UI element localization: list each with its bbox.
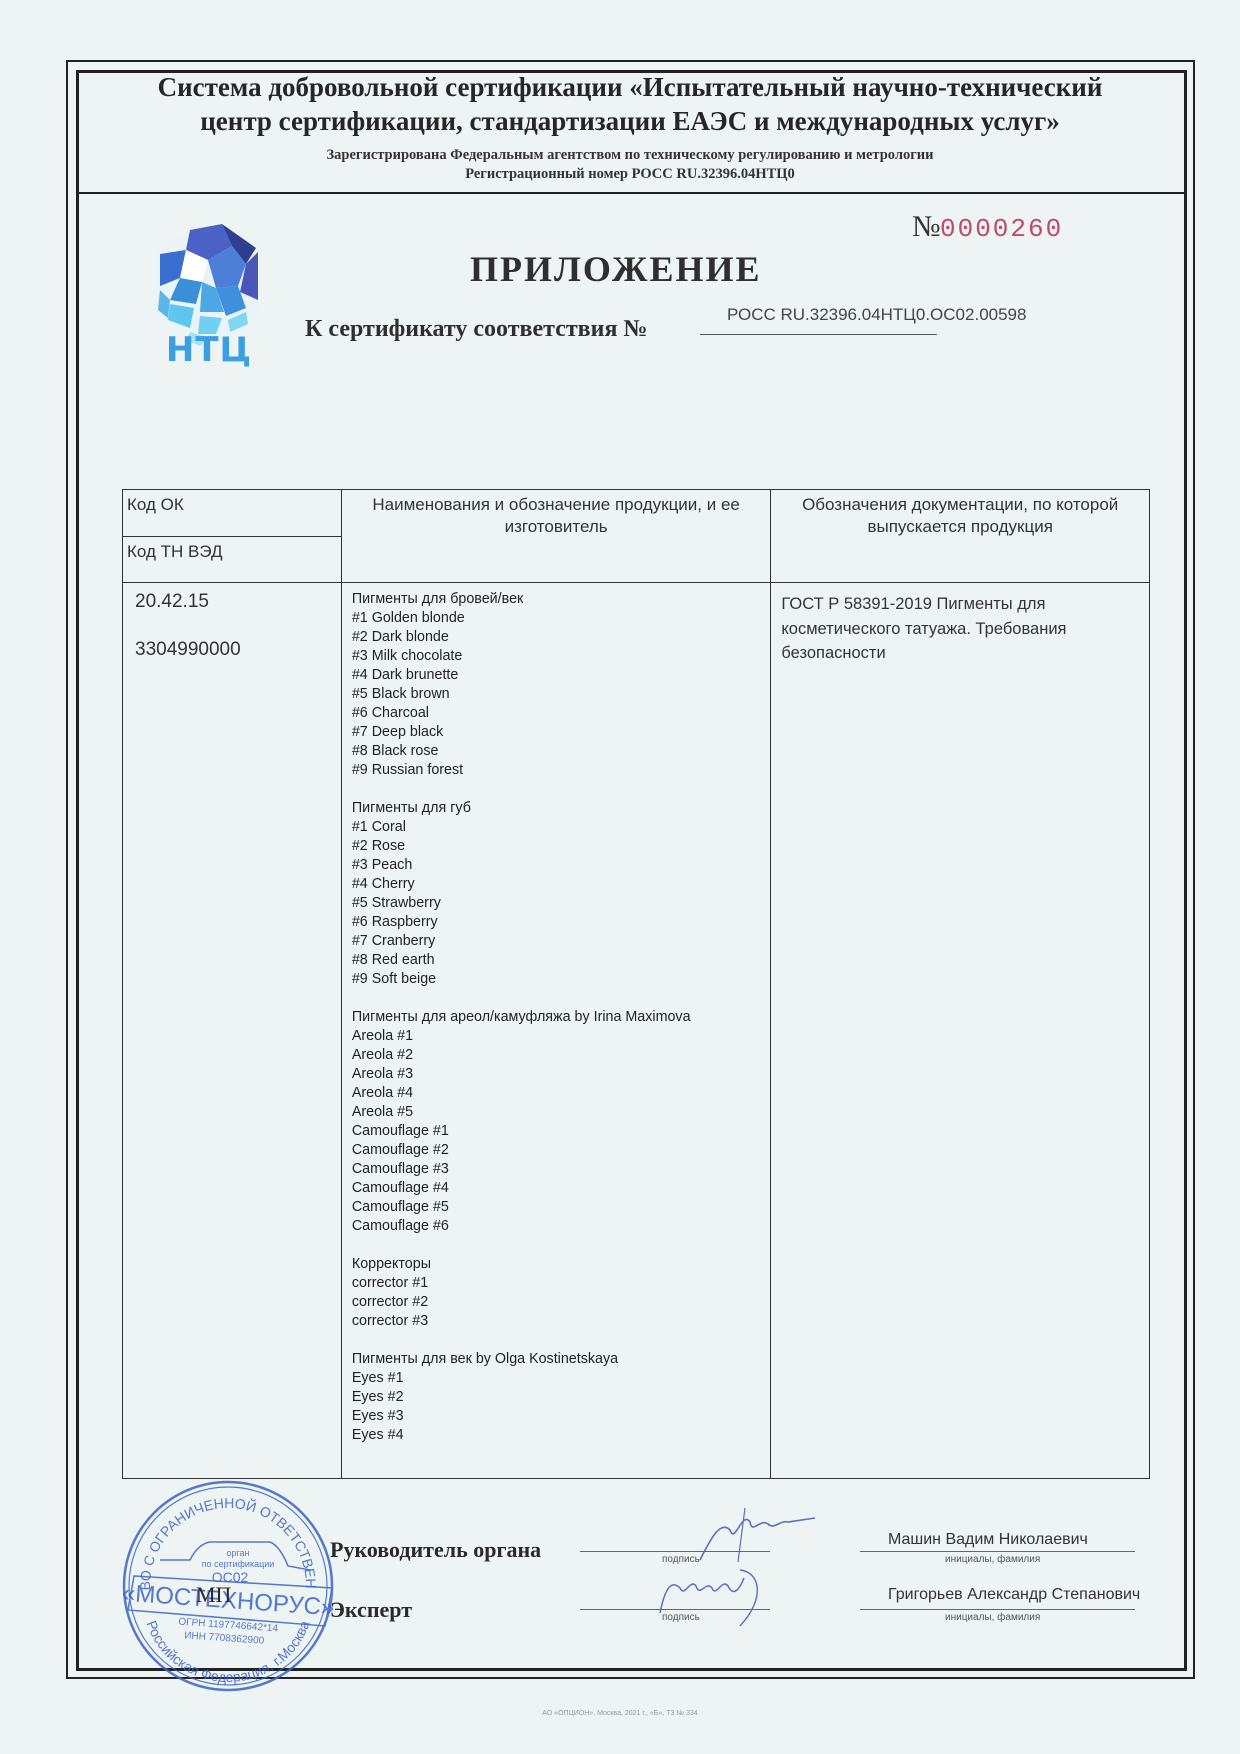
certificate-number: РОСС RU.32396.04НТЦ0.ОС02.00598 <box>727 305 1026 325</box>
list-item: #2 Rose <box>352 837 761 856</box>
product-group: Пигменты для век by Olga KostinetskayaEy… <box>352 1350 761 1445</box>
list-item: #9 Soft beige <box>352 970 761 989</box>
list-item: Camouflage #5 <box>352 1198 761 1217</box>
product-group-title: Пигменты для бровей/век <box>352 590 761 609</box>
product-group-title: Пигменты для век by Olga Kostinetskaya <box>352 1350 761 1369</box>
list-item: #3 Peach <box>352 856 761 875</box>
list-item: Areola #1 <box>352 1027 761 1046</box>
document-title: ПРИЛОЖЕНИЕ <box>470 248 762 290</box>
list-item: corrector #3 <box>352 1312 761 1331</box>
header-product: Наименования и обозначение продукции, и … <box>341 490 771 583</box>
printer-note: АО «ОПЦИОН», Москва, 2021 г., «Б», ТЗ № … <box>500 1710 740 1717</box>
header-divider <box>76 192 1187 194</box>
list-item: Eyes #4 <box>352 1426 761 1445</box>
head-name-line <box>860 1551 1135 1552</box>
product-group: Пигменты для бровей/век#1 Golden blonde#… <box>352 590 761 780</box>
list-item: #1 Coral <box>352 818 761 837</box>
list-item: #7 Cranberry <box>352 932 761 951</box>
list-item: #7 Deep black <box>352 723 761 742</box>
list-item: #4 Cherry <box>352 875 761 894</box>
product-table: Код ОК Наименования и обозначение продук… <box>122 489 1150 1479</box>
list-item: #5 Strawberry <box>352 894 761 913</box>
product-groups: Пигменты для бровей/век#1 Golden blonde#… <box>352 590 761 1445</box>
list-item: Eyes #1 <box>352 1369 761 1388</box>
list-item: #5 Black brown <box>352 685 761 704</box>
product-group: Пигменты для губ#1 Coral#2 Rose#3 Peach#… <box>352 799 761 989</box>
header-documentation: Обозначения документации, по которой вып… <box>771 490 1150 583</box>
header-code-ok: Код ОК <box>123 490 342 537</box>
list-item: Eyes #2 <box>352 1388 761 1407</box>
certificate-label: К сертификату соответствия № <box>305 316 648 343</box>
certificate-underline <box>700 334 937 335</box>
list-item: Camouflage #6 <box>352 1217 761 1236</box>
registered-by: Зарегистрирована Федеральным агентством … <box>80 146 1180 165</box>
product-group: Корректорыcorrector #1corrector #2correc… <box>352 1255 761 1331</box>
registration-number: Регистрационный номер РОСС RU.32396.04НТ… <box>80 165 1180 184</box>
expert-signature-line <box>580 1609 770 1610</box>
list-item: Eyes #3 <box>352 1407 761 1426</box>
list-item: Areola #2 <box>352 1046 761 1065</box>
expert-role-label: Эксперт <box>330 1597 412 1623</box>
head-name: Машин Вадим Николаевич <box>888 1531 1088 1549</box>
system-title-line-2: центр сертификации, стандартизации ЕАЭС … <box>80 104 1180 138</box>
code-tn-ved-value: 3304990000 <box>135 639 329 661</box>
product-list-cell: Пигменты для бровей/век#1 Golden blonde#… <box>341 583 771 1479</box>
expert-signature-icon <box>640 1558 780 1628</box>
head-signature-line <box>580 1551 770 1552</box>
list-item: Camouflage #3 <box>352 1160 761 1179</box>
document-number: 0000260 <box>940 214 1063 244</box>
list-item: Areola #4 <box>352 1084 761 1103</box>
codes-cell: 20.42.15 3304990000 <box>123 583 342 1479</box>
list-item: #8 Red earth <box>352 951 761 970</box>
list-item: Camouflage #1 <box>352 1122 761 1141</box>
list-item: #4 Dark brunette <box>352 666 761 685</box>
list-item: Camouflage #4 <box>352 1179 761 1198</box>
svg-text:МП: МП <box>196 1582 232 1607</box>
expert-name: Григорьев Александр Степанович <box>888 1586 1140 1604</box>
list-item: Areola #5 <box>352 1103 761 1122</box>
list-item: #3 Milk chocolate <box>352 647 761 666</box>
list-item: #6 Charcoal <box>352 704 761 723</box>
list-item: Areola #3 <box>352 1065 761 1084</box>
list-item: #8 Black rose <box>352 742 761 761</box>
list-item: Camouflage #2 <box>352 1141 761 1160</box>
product-group: Пигменты для ареол/камуфляжа by Irina Ma… <box>352 1008 761 1236</box>
table-row: 20.42.15 3304990000 Пигменты для бровей/… <box>123 583 1150 1479</box>
product-group-title: Пигменты для губ <box>352 799 761 818</box>
list-item: #6 Raspberry <box>352 913 761 932</box>
head-role-label: Руководитель органа <box>330 1537 541 1563</box>
svg-text:орган: орган <box>226 1548 249 1558</box>
documentation-cell: ГОСТ Р 58391-2019 Пигменты для косметиче… <box>771 583 1150 1479</box>
code-ok-value: 20.42.15 <box>135 591 329 613</box>
system-title-line-1: Система добровольной сертификации «Испыт… <box>80 70 1180 104</box>
product-group-title: Пигменты для ареол/камуфляжа by Irina Ma… <box>352 1008 761 1027</box>
list-item: corrector #1 <box>352 1274 761 1293</box>
logo-text: НТЦ <box>159 330 259 370</box>
expert-name-caption: инициалы, фамилия <box>945 1612 1040 1623</box>
product-group-title: Корректоры <box>352 1255 761 1274</box>
document-number-label: № <box>912 210 941 244</box>
list-item: #2 Dark blonde <box>352 628 761 647</box>
registration-info: Зарегистрирована Федеральным агентством … <box>80 146 1180 184</box>
expert-signature-caption: подпись <box>662 1612 700 1623</box>
head-name-caption: инициалы, фамилия <box>945 1554 1040 1565</box>
svg-text:по сертификации: по сертификации <box>202 1559 275 1569</box>
header-code-tn-ved: Код ТН ВЭД <box>123 537 342 583</box>
list-item: corrector #2 <box>352 1293 761 1312</box>
head-signature-icon <box>690 1500 820 1565</box>
round-seal-stamp-icon: ОБЩЕСТВО С ОГРАНИЧЕННОЙ ОТВЕТСТВЕННОСТЬЮ… <box>120 1478 336 1694</box>
list-item: #9 Russian forest <box>352 761 761 780</box>
system-title: Система добровольной сертификации «Испыт… <box>80 70 1180 138</box>
list-item: #1 Golden blonde <box>352 609 761 628</box>
expert-name-line <box>860 1609 1135 1610</box>
